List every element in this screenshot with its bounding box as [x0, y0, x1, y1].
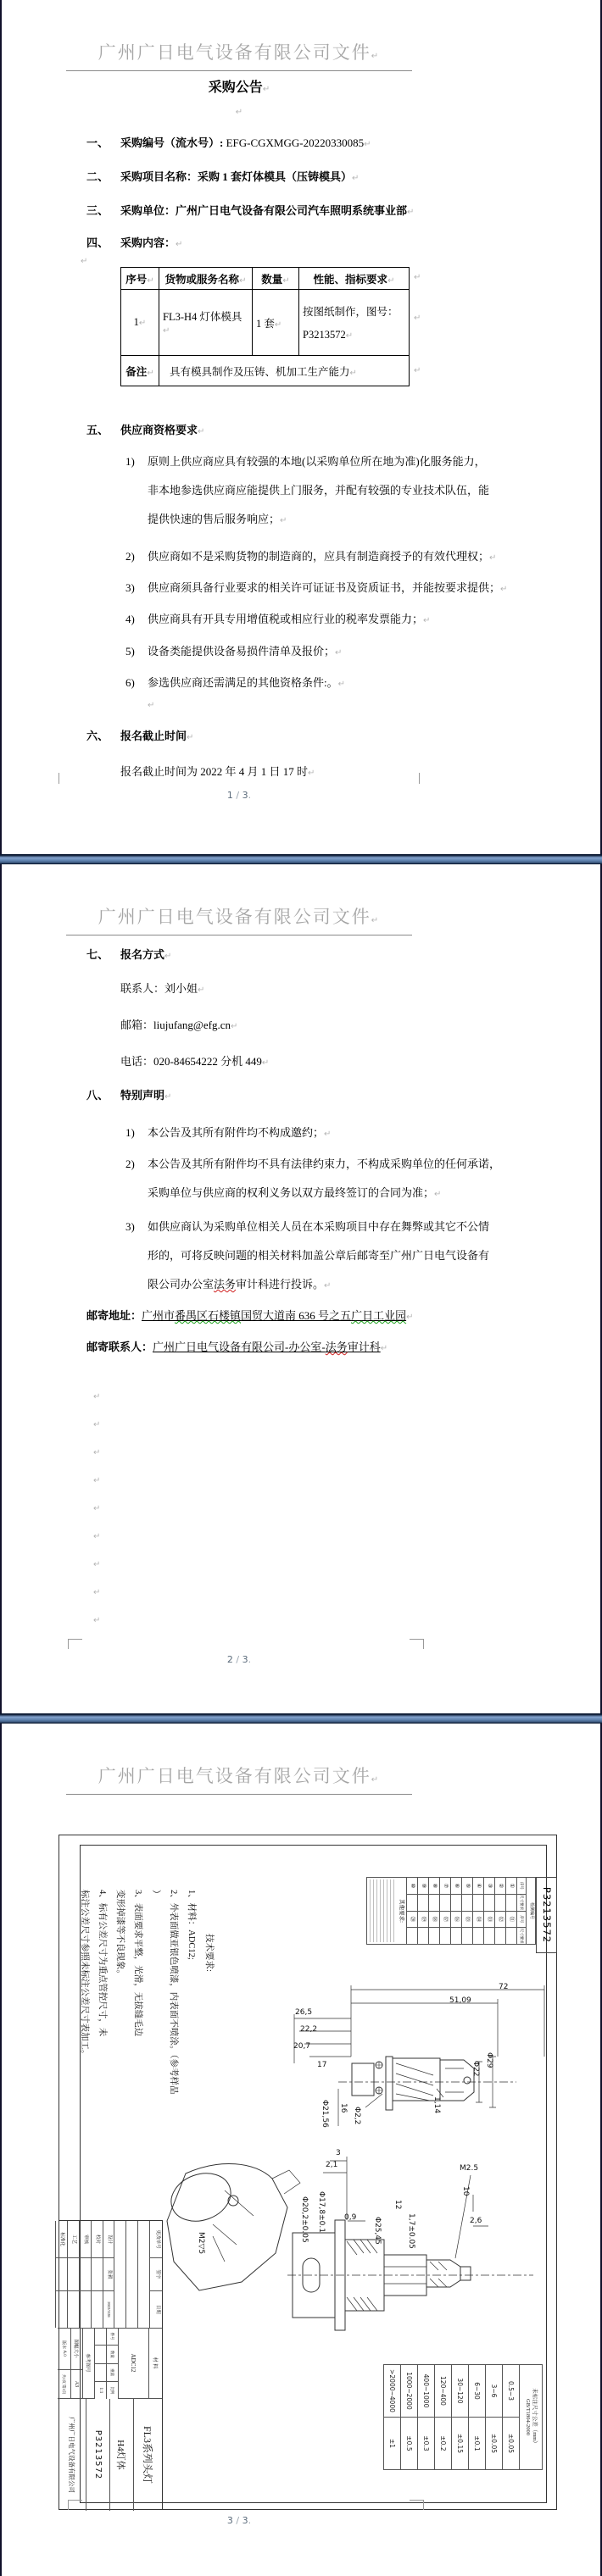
pilcrow-mark: ↵	[352, 174, 359, 183]
pilcrow-mark: ↵	[239, 276, 246, 286]
margin-mark	[59, 773, 59, 784]
dimension-label: 26,5	[295, 2008, 312, 2017]
revision-header-row: 更改单号签字日期	[149, 2221, 162, 2328]
pilcrow-mark: ↵	[93, 1383, 100, 1411]
supplier-req-3: 3) 供应商须具备行业要求的相关许可证证书及资质证书，并能按要求提供；↵	[125, 574, 507, 604]
dimension-label: 17	[317, 2061, 326, 2069]
pilcrow-mark: ↵	[364, 140, 371, 149]
page-number-footer: 3 / 3.	[53, 2515, 426, 2526]
pilcrow-mark: ↵	[262, 1058, 269, 1068]
dimension-label: Φ29	[485, 2052, 493, 2068]
empty-paragraph: ↵	[81, 253, 87, 268]
section-6-heading: 六、报名截止时间↵	[86, 727, 193, 743]
dimension-label: Φ25,45	[373, 2217, 382, 2245]
dimension-label: 1,14	[432, 2096, 441, 2113]
dimension-label: 51,09	[449, 1996, 471, 2005]
mailing-contact-line: 邮寄联系人：广州广日电气设备有限公司-办公室-法务审计科↵	[86, 1338, 387, 1354]
dimension-label: Φ17,8±0.1	[317, 2191, 326, 2233]
pilcrow-mark: ↵	[93, 1607, 100, 1635]
cell-spec: 按图纸制作，图号：P3213572↵	[299, 290, 410, 356]
pilcrow-mark: ↵	[387, 276, 394, 286]
col-header-name: 货物或服务名称↵	[159, 268, 253, 290]
ref-drawing-label: 参考图号	[82, 2328, 94, 2399]
item-project-name: 二、采购项目名称：采购 1 套灯体模具（压铸模具）↵	[86, 168, 359, 184]
dimension-label: 72	[499, 1983, 508, 1991]
drawing-number-box: P3213572	[536, 1877, 557, 1953]
contact-person: 联系人：刘小姐↵	[120, 980, 204, 996]
pilcrow-mark: ↵	[93, 1495, 100, 1523]
pilcrow-mark: ↵	[280, 516, 287, 525]
pilcrow-mark: ↵	[147, 276, 153, 286]
drawing-number: P3213572	[86, 2399, 109, 2511]
pilcrow-mark: ↵	[324, 1130, 331, 1139]
empty-paragraph-column: ↵↵↵↵↵↵↵↵↵	[93, 1383, 100, 1635]
material-label: 材 料	[148, 2328, 162, 2399]
dimension-label: 16	[339, 2103, 348, 2112]
statement-1: 1) 本公告及其所有附件均不构成邀约；↵	[125, 1119, 331, 1149]
cell-name: FL3-H4 灯体模具↵	[159, 290, 253, 356]
pilcrow-mark: ↵	[338, 680, 345, 689]
pilcrow-mark: ↵	[198, 427, 204, 436]
version-cell: 版本 A.0	[58, 2328, 70, 2370]
pilcrow-mark: ↵	[81, 257, 87, 266]
pilcrow-mark: ↵	[187, 733, 193, 742]
pilcrow-mark: ↵	[434, 1190, 441, 1199]
pilcrow-mark: ↵	[406, 1313, 413, 1322]
dimension-label: Φ20,2±0.05	[300, 2196, 309, 2243]
dimension-label: Φ22	[471, 2061, 480, 2077]
tolerance-table: 未标注尺寸公差（mm）GB/T1804-2000 0.5~3±0.053~6±0…	[383, 2364, 543, 2470]
cell-remark-label: 备注↵	[121, 356, 159, 386]
pilcrow-mark: ↵	[198, 985, 204, 995]
pilcrow-mark: ↵	[163, 326, 170, 336]
company-letterhead: 广州广日电气设备有限公司文件↵	[66, 903, 412, 935]
pilcrow-mark: ↵	[350, 369, 357, 378]
statement-2: 2) 本公告及其所有附件均不具有法律约束力，不构成采购单位的任何承诺， 采购单位…	[125, 1150, 500, 1209]
pilcrow-mark: ↵	[371, 916, 380, 925]
dimension-label: 3	[336, 2149, 341, 2157]
dimension-label: 2,6	[470, 2217, 482, 2225]
dimension-label: 2,1	[326, 2161, 337, 2169]
technical-note-line: 1、材料：ADC12;	[182, 1890, 200, 2246]
dimension-label: Φ2,2	[353, 2107, 361, 2124]
pilcrow-mark: ↵	[93, 1551, 100, 1579]
supplier-req-6: 6) 参选供应商还需满足的其他资格条件:。↵	[125, 669, 345, 699]
pilcrow-mark: ↵	[407, 208, 414, 217]
margin-corner-mark	[410, 1639, 424, 1649]
contact-email: 邮箱：liujufang@efg.cn↵	[120, 1016, 237, 1032]
pilcrow-mark: ↵	[275, 320, 281, 330]
dimension-label: Φ21,56	[321, 2100, 329, 2128]
pilcrow-mark: ↵	[93, 1411, 100, 1439]
contact-phone: 电话：020-84654222 分机 449↵	[120, 1052, 269, 1069]
col-header-qty: 数量↵	[253, 268, 299, 290]
pilcrow-mark: ↵	[93, 1579, 100, 1607]
col-header-seq: 序号↵	[121, 268, 159, 290]
pilcrow-mark: ↵	[93, 1523, 100, 1551]
material-value: ADC12	[118, 2328, 148, 2399]
pilcrow-mark: ↵	[147, 369, 153, 378]
dimension-label: 12	[393, 2200, 402, 2209]
supplier-req-1: 1) 原则上供应商应具有较强的本地(以采购单位所在地为准)化服务能力， 非本地参…	[125, 447, 489, 536]
margin-corner-mark	[410, 2500, 424, 2510]
company-letterhead: 广州广日电气设备有限公司文件↵	[66, 1763, 412, 1795]
section-5-heading: 五、供应商资格要求↵	[86, 421, 204, 437]
company-letterhead: 广州广日电气设备有限公司文件↵	[66, 39, 412, 71]
pilcrow-mark: ↵	[414, 273, 421, 282]
margin-mark	[419, 773, 420, 784]
mailing-address-line: 邮寄地址：广州市番禺区石楼镇国贸大道南 636 号之五广日工业园↵	[86, 1307, 413, 1323]
field-header-row: 件号数量重量比例	[106, 2328, 118, 2399]
pilcrow-mark: ↵	[489, 553, 496, 563]
page-separator	[0, 854, 602, 864]
page-title: 采购公告↵	[53, 76, 426, 96]
supplier-req-4: 4) 供应商具有开具专用增值税或相应行业的税率发票能力；↵	[125, 605, 430, 636]
item-purchase-content: 四、采购内容：↵	[86, 234, 182, 250]
title-block: 更改单号签字日期 设计张毅2022/3/28校对审核工艺标准化 材 料 ADC1…	[59, 2220, 163, 2510]
document-page-1: 广州广日电气设备有限公司文件↵ 采购公告↵ ↵ 一、采购编号（流水号）: EFG…	[0, 0, 602, 854]
section-8-heading: 八、特别声明↵	[86, 1086, 171, 1102]
technical-note-line: 2、外表面做亚银色喷漆，内表面不喷涂。（参考样品	[164, 1890, 182, 2246]
pilcrow-mark: ↵	[381, 1344, 387, 1353]
item-purchase-number: 一、采购编号（流水号）: EFG-CGXMGG-20220330085↵	[86, 134, 371, 150]
pilcrow-mark: ↵	[414, 366, 421, 375]
pilcrow-mark: ↵	[414, 314, 421, 323]
dimension-label: 22,2	[300, 2025, 317, 2034]
page-number-footer: 2 / 3.	[53, 1654, 426, 1665]
field-value-row: 1:1	[94, 2328, 106, 2399]
technical-note-line: 标注公差尺寸参照未标注公差尺寸表加工。	[75, 1890, 93, 2246]
pilcrow-mark: ↵	[371, 52, 380, 61]
document-page-3: 广州广日电气设备有限公司文件↵	[0, 1724, 602, 2576]
dimension-label: M2.5	[460, 2164, 478, 2173]
empty-paragraph: ↵	[148, 697, 154, 712]
product-name: FL3系列头灯	[133, 2399, 162, 2511]
technical-note-line: 4、标有公差尺寸为重点管控尺寸，未	[93, 1890, 111, 2246]
pilcrow-mark: ↵	[231, 1022, 237, 1031]
dimension-label: 0,9	[344, 2213, 356, 2222]
technical-note-line: 变形掉漆等不良现象。	[111, 1890, 129, 2246]
dimension-label: 1,7±0.05	[407, 2213, 415, 2249]
company-name: 广州广日电气设备有限公司	[58, 2399, 86, 2511]
technical-note-line: 3、表面要求平整，光滑，无拔缝毛边	[129, 1890, 147, 2246]
pilcrow-mark: ↵	[236, 108, 242, 117]
technical-note-line: 技术要求:	[200, 1890, 218, 2246]
pilcrow-mark: ↵	[371, 1775, 380, 1785]
item-purchase-unit: 三、采购单位：广州广日电气设备有限公司汽车照明系统事业部↵	[86, 202, 414, 218]
pilcrow-mark: ↵	[335, 648, 342, 658]
statement-3: 3) 如供应商认为采购单位相关人员在本采购项目中存在舞弊或其它不公情 形的，可将…	[125, 1213, 489, 1301]
supplier-req-5: 5) 设备类能提供设备易损件清单及报价；↵	[125, 637, 342, 668]
pilcrow-mark: ↵	[176, 240, 182, 249]
pilcrow-mark: ↵	[263, 85, 270, 94]
pages-cell: 共1页 第1页	[58, 2370, 70, 2399]
cell-remark-text: 具有模具制作及压铸、机加工生产能力↵	[159, 356, 410, 386]
supplier-req-2: 2) 供应商如不是采购货物的制造商的，应具有制造商授予的有效代理权；↵	[125, 542, 496, 573]
cell-qty: 1 套↵	[253, 290, 299, 356]
margin-corner-mark	[68, 2500, 82, 2510]
pilcrow-mark: ↵	[93, 1467, 100, 1495]
purchase-content-table: 序号↵ 货物或服务名称↵ 数量↵ 性能、指标要求↵ 1↵ FL3-H4 灯体模具…	[120, 267, 410, 386]
deadline-text: 报名截止时间为 2022 年 4 月 1 日 17 时↵	[120, 763, 315, 779]
pilcrow-mark: ↵	[423, 616, 430, 625]
pilcrow-mark: ↵	[282, 276, 289, 286]
cell-seq: 1↵	[121, 290, 159, 356]
pilcrow-mark: ↵	[93, 1439, 100, 1467]
pilcrow-mark: ↵	[308, 769, 315, 778]
page-separator	[0, 1713, 602, 1724]
part-name: H4灯体	[109, 2399, 133, 2511]
page-number-footer: 1 / 3.	[53, 790, 426, 801]
col-header-spec: 性能、指标要求↵	[299, 268, 410, 290]
pilcrow-mark: ↵	[324, 1281, 331, 1291]
empty-paragraph: ↵	[53, 103, 426, 119]
dimension-label: 20,7	[293, 2042, 310, 2051]
sheet-size-value: A3	[70, 2370, 82, 2399]
approval-rows: 设计张毅2022/3/28校对审核工艺标准化	[55, 2221, 114, 2328]
document-page-2: 广州广日电气设备有限公司文件↵ 七、报名方式↵ 联系人：刘小姐↵ 邮箱：liuj…	[0, 864, 602, 1713]
margin-corner-mark	[68, 1639, 82, 1649]
pilcrow-mark: ↵	[164, 1092, 171, 1102]
section-7-heading: 七、报名方式↵	[86, 946, 171, 962]
pilcrow-mark: ↵	[139, 319, 146, 328]
dimension-label: 10	[461, 2186, 470, 2196]
pilcrow-mark: ↵	[148, 701, 154, 710]
pilcrow-mark: ↵	[346, 331, 353, 341]
pilcrow-mark: ↵	[500, 585, 507, 594]
sheet-size-label: 图幅大小	[70, 2328, 82, 2370]
technical-note-line: ）	[147, 1890, 164, 2246]
inspection-number-table: 检测编号 序号 尺寸要求 序号 尺寸要求 ①⑪②⑫③⑬④⑭⑤⑮⑥⑯⑦⑰⑧⑱⑨⑲⑩…	[366, 1877, 536, 1945]
technical-notes: 技术要求:1、材料：ADC12;2、外表面做亚银色喷漆，内表面不喷涂。（参考样品…	[65, 1890, 218, 2246]
pilcrow-mark: ↵	[164, 952, 171, 961]
